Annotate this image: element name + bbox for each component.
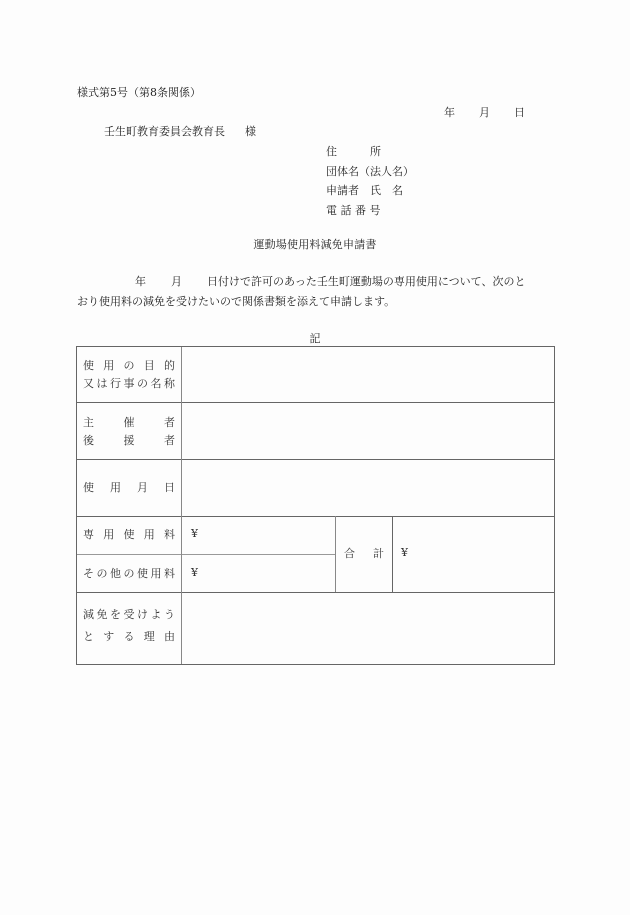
body-month: 月 bbox=[171, 272, 207, 292]
label-char: の bbox=[124, 357, 135, 375]
label-char: 称 bbox=[164, 375, 175, 393]
body-line2: おり使用料の減免を受けたいので関係書類を添えて申請します。 bbox=[77, 292, 525, 312]
label-char: け bbox=[137, 604, 148, 626]
label-char: 使 bbox=[83, 479, 94, 497]
label-char: 料 bbox=[164, 526, 175, 544]
usage-date-value-cell[interactable] bbox=[183, 460, 553, 516]
purpose-value-cell[interactable] bbox=[183, 347, 553, 402]
label-char: よ bbox=[151, 604, 162, 626]
label-purpose: 使用の目的 又は行事の名称 bbox=[83, 357, 175, 393]
label-char: 由 bbox=[164, 626, 175, 648]
label-char: と bbox=[83, 626, 94, 648]
label-char: 事 bbox=[124, 375, 135, 393]
label-usage-date: 使用月日 bbox=[83, 479, 175, 497]
label-char: 後 bbox=[83, 432, 94, 450]
label-char: 援 bbox=[124, 432, 135, 450]
label-char: 日 bbox=[164, 479, 175, 497]
column-divider bbox=[335, 516, 336, 592]
label-char: を bbox=[110, 604, 121, 626]
label-char: 料 bbox=[164, 565, 175, 583]
label-char: 催 bbox=[124, 414, 135, 432]
column-divider bbox=[181, 347, 182, 664]
label-exemption-reason: 減免を受けよう とする理由 bbox=[83, 604, 175, 648]
label-char: 免 bbox=[97, 604, 108, 626]
ki-heading: 記 bbox=[0, 330, 630, 346]
date-month: 月 bbox=[479, 104, 490, 120]
exemption-reason-value-cell[interactable] bbox=[183, 593, 553, 663]
label-char: 者 bbox=[164, 432, 175, 450]
label-char: 使 bbox=[83, 357, 94, 375]
address-label: 住 所 bbox=[326, 142, 414, 162]
addressee-suffix: 様 bbox=[245, 125, 256, 138]
label-char: 専 bbox=[83, 526, 94, 544]
label-char: 月 bbox=[137, 479, 148, 497]
label-char: 用 bbox=[144, 526, 155, 544]
label-char: 用 bbox=[110, 479, 121, 497]
organizer-value-cell[interactable] bbox=[183, 403, 553, 459]
label-char: 合 bbox=[344, 545, 355, 563]
organization-label: 団体名（法人名） bbox=[326, 162, 414, 182]
column-divider bbox=[392, 516, 393, 592]
label-char: 計 bbox=[373, 545, 384, 563]
body-paragraph: 年月日付けで許可のあった壬生町運動場の専用使用について、次のと おり使用料の減免… bbox=[89, 272, 525, 312]
label-total: 合計 bbox=[344, 545, 384, 563]
phone-label: 電 話 番 号 bbox=[326, 201, 414, 221]
label-char: は bbox=[97, 375, 108, 393]
addressee: 壬生町教育委員会教育長様 bbox=[104, 123, 256, 139]
applicant-name-label: 申請者 氏 名 bbox=[326, 181, 414, 201]
label-exclusive-fee: 専用使用料 bbox=[83, 526, 175, 544]
label-char: る bbox=[124, 626, 135, 648]
body-year: 年 bbox=[135, 272, 171, 292]
row-divider bbox=[77, 516, 554, 517]
label-char: の bbox=[137, 375, 148, 393]
other-fee-value[interactable]: ¥ bbox=[191, 566, 198, 579]
label-char: 用 bbox=[103, 526, 114, 544]
label-char: 受 bbox=[124, 604, 135, 626]
label-char: 理 bbox=[144, 626, 155, 648]
label-char: 者 bbox=[164, 414, 175, 432]
label-organizer-sponsor: 主催者 後援者 bbox=[83, 414, 175, 450]
label-char: う bbox=[164, 604, 175, 626]
total-value[interactable]: ¥ bbox=[401, 546, 408, 559]
label-char: の bbox=[97, 565, 108, 583]
body-line1: 日付けで許可のあった壬生町運動場の専用使用について、次のと bbox=[207, 275, 525, 288]
label-char: 用 bbox=[103, 357, 114, 375]
label-char: す bbox=[103, 626, 114, 648]
row-divider bbox=[77, 554, 336, 555]
label-char: 又 bbox=[83, 375, 94, 393]
label-char: 行 bbox=[110, 375, 121, 393]
label-char: の bbox=[124, 565, 135, 583]
applicant-block: 住 所 団体名（法人名） 申請者 氏 名 電 話 番 号 bbox=[326, 142, 414, 220]
date-year: 年 bbox=[444, 104, 455, 120]
label-char: 他 bbox=[110, 565, 121, 583]
label-char: 使 bbox=[137, 565, 148, 583]
label-char: 名 bbox=[151, 375, 162, 393]
date-line: 年月日 bbox=[444, 104, 525, 120]
label-char: 使 bbox=[124, 526, 135, 544]
label-char: 用 bbox=[151, 565, 162, 583]
application-table: 使用の目的 又は行事の名称 主催者 後援者 使用月日 専用使用料 ¥ その他の使… bbox=[76, 346, 555, 665]
label-char: 目 bbox=[144, 357, 155, 375]
exclusive-fee-value[interactable]: ¥ bbox=[191, 527, 198, 540]
date-day: 日 bbox=[514, 104, 525, 120]
label-other-fee: その他の使用料 bbox=[83, 565, 175, 583]
label-char: そ bbox=[83, 565, 94, 583]
label-char: 的 bbox=[164, 357, 175, 375]
addressee-name: 壬生町教育委員会教育長 bbox=[104, 125, 225, 138]
label-char: 主 bbox=[83, 414, 94, 432]
document-title: 運動場使用料減免申請書 bbox=[0, 236, 630, 252]
form-number: 様式第5号（第8条関係） bbox=[77, 84, 201, 100]
label-char: 減 bbox=[83, 604, 94, 626]
